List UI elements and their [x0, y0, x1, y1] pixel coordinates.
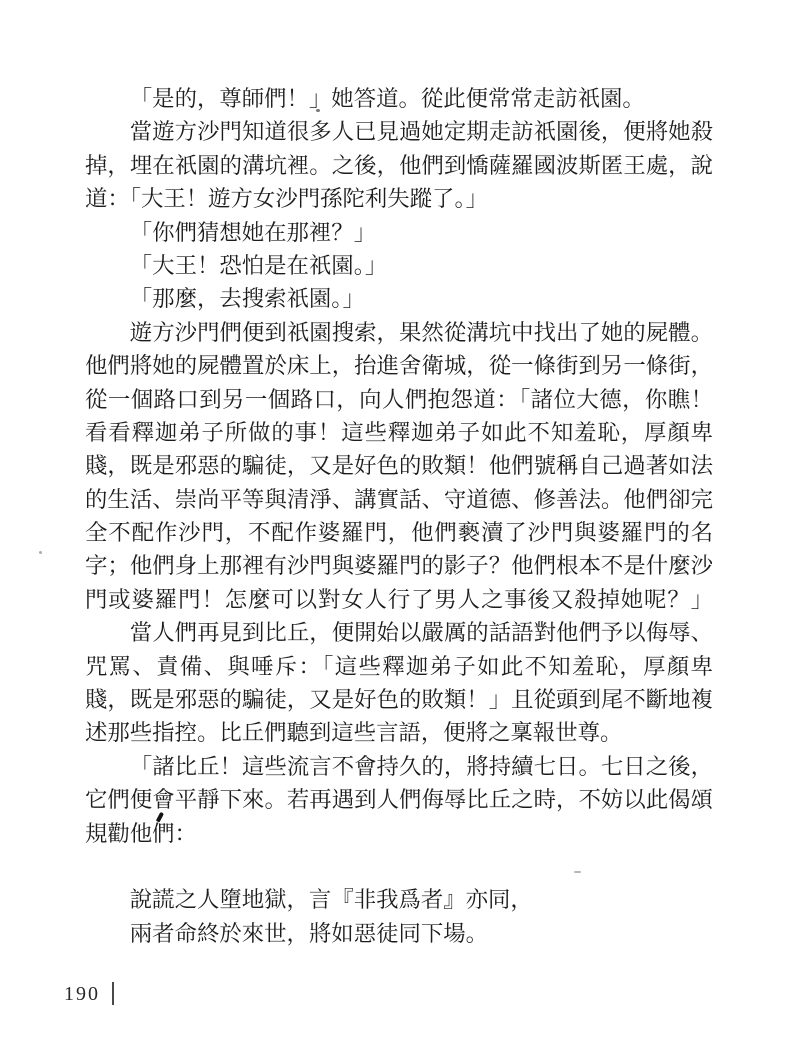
text-line: 「是的，尊師們！」她答道。從此便常常走訪祇園。: [85, 82, 713, 115]
scan-speck: [39, 551, 42, 554]
text-line: 咒罵、責備、與唾斥：「這些釋迦弟子如此不知羞恥，厚顏卑: [85, 650, 713, 683]
scan-speck: [574, 871, 581, 873]
text-line: 說謊之人墮地獄，言『非我爲者』亦同，: [85, 883, 713, 916]
text-line: 看看釋迦弟子所做的事！這些釋迦弟子如此不知羞恥，厚顏卑: [85, 416, 713, 449]
text-line: 「你們猜想她在那裡？」: [85, 216, 713, 249]
text-line: 遊方沙門們便到祇園搜索，果然從溝坑中找出了她的屍體。: [85, 316, 713, 349]
body-lines: 「是的，尊師們！」她答道。從此便常常走訪祇園。當遊方沙門知道很多人已見過她定期走…: [85, 82, 713, 850]
text-line: 兩者命終於來世，將如惡徒同下場。: [85, 917, 713, 950]
text-line: 「那麼，去搜索祇園。」: [85, 282, 713, 315]
text-line: 當人們再見到比丘，便開始以嚴厲的話語對他們予以侮辱、: [85, 616, 713, 649]
text-line: 道：「大王！遊方女沙門孫陀利失蹤了。」: [85, 182, 713, 215]
text-line: 的生活、崇尚平等與清淨、講實話、守道德、修善法。他們卻完: [85, 483, 713, 516]
text-line: 「諸比丘！這些流言不會持久的，將持續七日。七日之後，: [85, 750, 713, 783]
text-line: 門或婆羅門！怎麼可以對女人行了男人之事後又殺掉她呢？」: [85, 583, 713, 616]
page-footer: 190: [64, 982, 114, 1006]
text-line: 字；他們身上那裡有沙門與婆羅門的影子？他們根本不是什麼沙: [85, 549, 713, 582]
text-line: 述那些指控。比丘們聽到這些言語，便將之稟報世尊。: [85, 716, 713, 749]
text-line: 「大王！恐怕是在祇園。」: [85, 249, 713, 282]
text-line: 規勸他們：: [85, 817, 713, 850]
text-line: 賤，既是邪惡的騙徒，又是好色的敗類！」且從頭到尾不斷地複: [85, 683, 713, 716]
page-number-divider: [112, 982, 114, 1005]
book-page: 「是的，尊師們！」她答道。從此便常常走訪祇園。當遊方沙門知道很多人已見過她定期走…: [0, 0, 792, 1056]
text-line: 它們便會平靜下來。若再遇到人們侮辱比丘之時，不妨以此偈頌: [85, 783, 713, 816]
body-text: 「是的，尊師們！」她答道。從此便常常走訪祇園。當遊方沙門知道很多人已見過她定期走…: [85, 82, 713, 950]
scan-speck: [316, 109, 320, 112]
text-line: 賤，既是邪惡的騙徒，又是好色的敗類！他們號稱自己過著如法: [85, 449, 713, 482]
text-line: 當遊方沙門知道很多人已見過她定期走訪祇園後，便將她殺: [85, 115, 713, 148]
text-line: 全不配作沙門，不配作婆羅門，他們褻瀆了沙門與婆羅門的名: [85, 516, 713, 549]
verse: 說謊之人墮地獄，言『非我爲者』亦同，兩者命終於來世，將如惡徒同下場。: [85, 883, 713, 950]
page-number: 190: [64, 983, 100, 1005]
text-line: 他們將她的屍體置於床上，抬進舍衛城，從一條街到另一條街，: [85, 349, 713, 382]
text-line: 掉，埋在祇園的溝坑裡。之後，他們到憍薩羅國波斯匿王處，說: [85, 149, 713, 182]
text-line: 從一個路口到另一個路口，向人們抱怨道：「諸位大德，你瞧！: [85, 383, 713, 416]
